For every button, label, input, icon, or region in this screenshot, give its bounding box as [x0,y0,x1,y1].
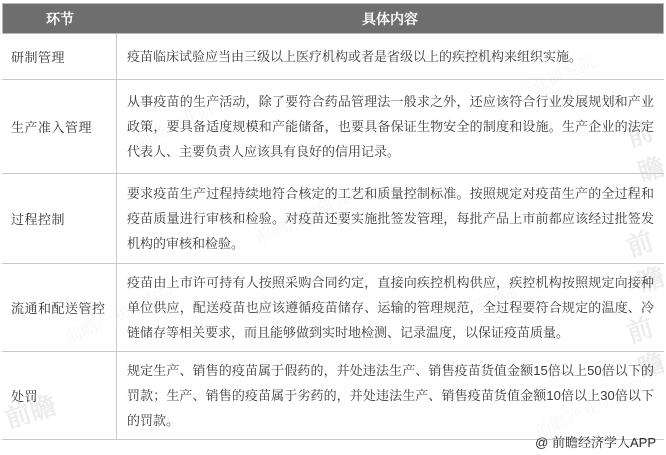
content-text: 要求疫苗生产过程持续地符合核定的工艺和质量控制标准。按照规定对疫苗生产的全过程和… [127,181,654,256]
table-row: 流通和配送管控 疫苗由上市许可持有人按照采购合同约定，直接向疾控机构供应，疾控机… [2,264,664,352]
content-text: 疫苗临床试验应当由三级以上医疗机构或者是省级以上的疾控机构来组织实施。 [127,44,654,69]
content-cell: 从事疫苗的生产活动，除了要符合药品管理法一般求之外，还应该符合行业发展规划和产业… [117,80,664,173]
stage-cell: 过程控制 [2,174,117,263]
table-row: 生产准入管理 从事疫苗的生产活动，除了要符合药品管理法一般求之外，还应该符合行业… [2,80,664,174]
table-row: 处罚 规定生产、销售的疫苗属于假药的，并处违法生产、销售疫苗货值金额15倍以上5… [2,352,664,440]
stage-cell: 处罚 [2,352,117,439]
content-cell: 要求疫苗生产过程持续地符合核定的工艺和质量控制标准。按照规定对疫苗生产的全过程和… [117,174,664,263]
column-header-content: 具体内容 [117,9,663,29]
vaccine-regulation-table-figure: 前瞻产业研究院 前瞻产业研究院 前瞻产业研究院 前瞻产业研究院 前瞻产业研究院 … [0,0,666,455]
stage-cell: 研制管理 [2,34,117,79]
table-row: 研制管理 疫苗临床试验应当由三级以上医疗机构或者是省级以上的疾控机构来组织实施。 [2,34,664,80]
content-text: 从事疫苗的生产活动，除了要符合药品管理法一般求之外，还应该符合行业发展规划和产业… [127,89,654,164]
content-cell: 疫苗临床试验应当由三级以上医疗机构或者是省级以上的疾控机构来组织实施。 [117,34,664,79]
stage-cell: 生产准入管理 [2,80,117,173]
content-text: 规定生产、销售的疫苗属于假药的，并处违法生产、销售疫苗货值金额15倍以上50倍以… [127,358,654,433]
content-cell: 疫苗由上市许可持有人按照采购合同约定，直接向疾控机构供应，疾控机构按照规定向接种… [117,264,664,351]
table-row: 过程控制 要求疫苗生产过程持续地符合核定的工艺和质量控制标准。按照规定对疫苗生产… [2,174,664,264]
source-credit: @ 前瞻经济学人APP [535,432,656,451]
regulation-table: 环节 具体内容 研制管理 疫苗临床试验应当由三级以上医疗机构或者是省级以上的疾控… [2,3,664,440]
column-header-stage: 环节 [3,9,117,29]
content-text: 疫苗由上市许可持有人按照采购合同约定，直接向疾控机构供应，疾控机构按照规定向接种… [127,270,654,345]
content-cell: 规定生产、销售的疫苗属于假药的，并处违法生产、销售疫苗货值金额15倍以上50倍以… [117,352,664,439]
stage-cell: 流通和配送管控 [2,264,117,351]
table-header-row: 环节 具体内容 [2,3,664,34]
